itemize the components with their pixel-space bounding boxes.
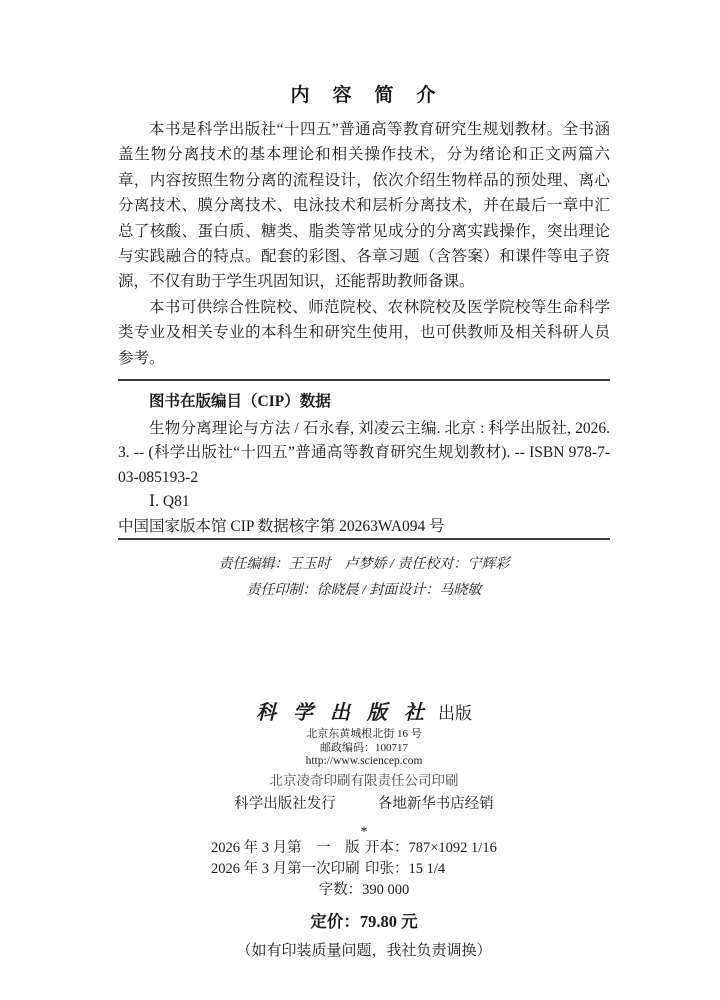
divider-top — [118, 379, 610, 381]
cip-heading: 图书在版编目（CIP）数据 — [118, 390, 610, 415]
cip-classification-code: Ⅰ. Q81 — [118, 490, 610, 515]
printing-date: 2026 年 3 月第一次印刷 — [211, 859, 360, 880]
printing-row: 2026 年 3 月第一次印刷 印张：15 1/4 — [118, 859, 610, 880]
publisher-suffix: 出版 — [438, 704, 472, 723]
distribution-left: 科学出版社发行 — [234, 796, 336, 812]
cip-record: 生物分离理论与方法 / 石永春, 刘凌云主编. 北京 : 科学出版社, 2026… — [118, 417, 610, 491]
divider-bottom — [118, 538, 610, 540]
credits-line-editors: 责任编辑：王玉时 卢梦娇 / 责任校对：宁辉彩 — [118, 552, 610, 578]
quality-notice: （如有印装质量问题，我社负责调换） — [118, 939, 610, 960]
page-title: 内 容 简 介 — [118, 80, 610, 107]
publisher-section: 科 学 出 版 社出版 北京东黄城根北街 16 号 邮政编码：100717 ht… — [118, 700, 610, 840]
content-summary-section: 内 容 简 介 本书是科学出版社“十四五”普通高等教育研究生规划教材。全书涵盖生… — [118, 80, 610, 371]
edition-row: 2026 年 3 月第 一 版 开本：787×1092 1/16 — [118, 838, 610, 859]
staff-credits: 责任编辑：王玉时 卢梦娇 / 责任校对：宁辉彩 责任印制：徐晓晨 / 封面设计：… — [118, 552, 610, 604]
edition-date: 2026 年 3 月第 一 版 — [211, 838, 360, 859]
format-spec: 开本：787×1092 1/16 — [365, 838, 497, 859]
distribution-line: 科学出版社发行各地新华书店经销 — [118, 794, 610, 814]
publisher-line: 科 学 出 版 社出版 — [118, 700, 610, 728]
colophon-section: 2026 年 3 月第 一 版 开本：787×1092 1/16 2026 年 … — [118, 838, 610, 960]
summary-paragraph-1: 本书是科学出版社“十四五”普通高等教育研究生规划教材。全书涵盖生物分离技术的基本… — [118, 117, 610, 295]
publisher-postcode: 邮政编码：100717 — [118, 742, 610, 756]
cip-data-section: 图书在版编目（CIP）数据 生物分离理论与方法 / 石永春, 刘凌云主编. 北京… — [118, 390, 610, 539]
cip-registry-number: 中国国家版本馆 CIP 数据核字第 20263WA094 号 — [118, 515, 610, 540]
credits-line-production: 责任印制：徐晓晨 / 封面设计：马晓敏 — [118, 578, 610, 604]
word-count: 字数：390 000 — [118, 880, 610, 901]
publisher-website: http://www.sciencep.com — [118, 755, 610, 769]
publisher-logo-text: 科 学 出 版 社 — [256, 702, 430, 724]
summary-paragraph-2: 本书可供综合性院校、师范院校、农林院校及医学院校等生命科学类专业及相关专业的本科… — [118, 295, 610, 371]
printer-name: 北京凌奇印刷有限责任公司印刷 — [118, 772, 610, 790]
distribution-right: 各地新华书店经销 — [378, 796, 494, 812]
price: 定价：79.80 元 — [118, 908, 610, 932]
book-copyright-page: 内 容 简 介 本书是科学出版社“十四五”普通高等教育研究生规划教材。全书涵盖生… — [0, 0, 720, 1000]
publisher-address: 北京东黄城根北街 16 号 — [118, 728, 610, 742]
sheets-spec: 印张：15 1/4 — [365, 859, 445, 880]
